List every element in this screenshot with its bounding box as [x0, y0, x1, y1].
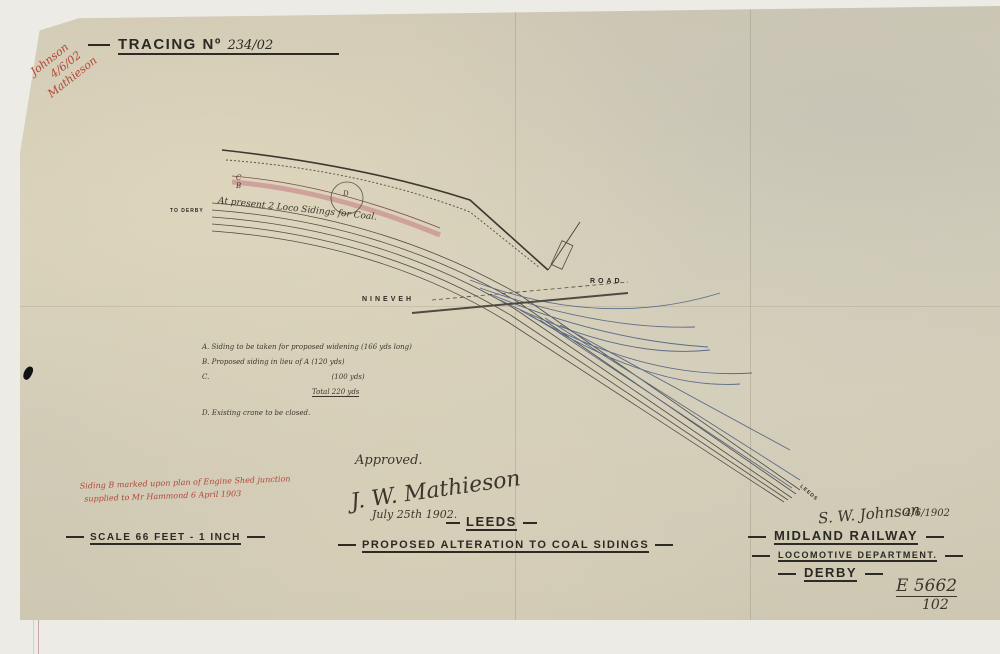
marker-d: D: [343, 190, 349, 198]
legend: A. Siding to be taken for proposed widen…: [202, 340, 412, 421]
to-derby-label: TO DERBY: [170, 208, 204, 214]
issuer-date: 4/6/1902: [905, 508, 950, 519]
approval-date: July 25th 1902.: [372, 508, 457, 521]
nineveh-label: NINEVEH: [362, 296, 414, 303]
city-name: DERBY: [778, 565, 883, 580]
marker-b: B: [236, 182, 241, 190]
legend-item: C. (100 yds): [202, 370, 412, 385]
department-name: LOCOMOTIVE DEPARTMENT.: [752, 550, 963, 560]
company-name: MIDLAND RAILWAY: [748, 528, 944, 543]
legend-item: B. Proposed siding in lieu of A (120 yds…: [202, 355, 412, 370]
legend-item: D. Existing crane to be closed.: [202, 406, 412, 421]
marker-c: C: [236, 174, 241, 182]
reference-number: E 5662 102: [896, 576, 957, 613]
approved-label: Approved.: [355, 453, 423, 468]
legend-item: Total 220 yds: [202, 385, 412, 400]
scale-label: SCALE 66 FEET - 1 INCH: [66, 532, 265, 543]
tracing-number: TRACING Nº 234/02: [88, 36, 339, 53]
road-label: ROAD: [590, 278, 623, 285]
place-title: LEEDS: [446, 514, 537, 529]
drawing-subject: PROPOSED ALTERATION TO COAL SIDINGS: [338, 539, 673, 551]
legend-item: A. Siding to be taken for proposed widen…: [202, 340, 412, 355]
